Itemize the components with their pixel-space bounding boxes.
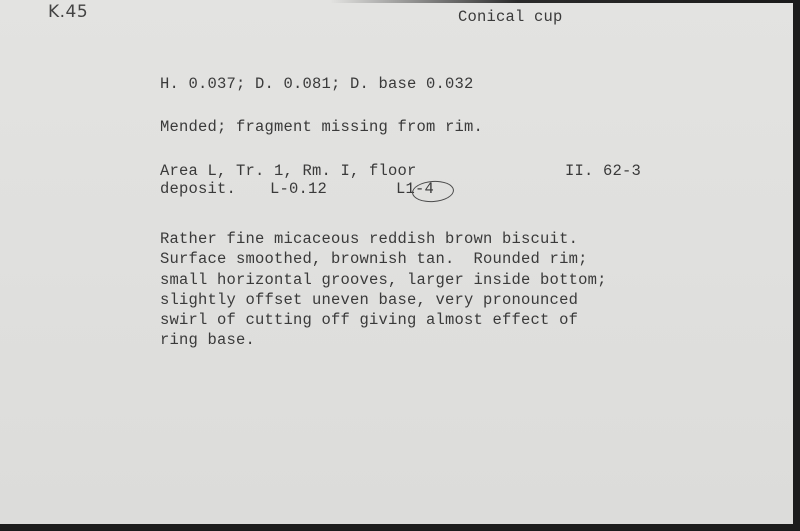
catalog-number: K.45: [48, 3, 88, 21]
level-reference: L-0.12: [270, 180, 327, 198]
description: Rather fine micaceous reddish brown bisc…: [160, 229, 607, 351]
description-line: swirl of cutting off giving almost effec…: [160, 310, 607, 330]
dimensions: H. 0.037; D. 0.081; D. base 0.032: [160, 75, 474, 93]
description-line: Rather fine micaceous reddish brown bisc…: [160, 229, 607, 249]
card-bottom-edge: [0, 524, 800, 531]
description-line: slightly offset uneven base, very pronou…: [160, 290, 607, 310]
card-right-edge: [793, 0, 800, 531]
provenance-reference: II. 62-3: [565, 162, 641, 180]
description-line: Surface smoothed, brownish tan. Rounded …: [160, 249, 607, 269]
provenance-line-2: deposit.: [160, 180, 236, 198]
description-line: small horizontal grooves, larger inside …: [160, 270, 607, 290]
object-title: Conical cup: [458, 8, 563, 26]
provenance-line-1: Area L, Tr. 1, Rm. I, floor: [160, 162, 417, 180]
condition: Mended; fragment missing from rim.: [160, 118, 483, 136]
description-line: ring base.: [160, 330, 607, 350]
catalog-card: K.45 Conical cup H. 0.037; D. 0.081; D. …: [0, 0, 793, 524]
card-top-shadow: [330, 0, 800, 3]
